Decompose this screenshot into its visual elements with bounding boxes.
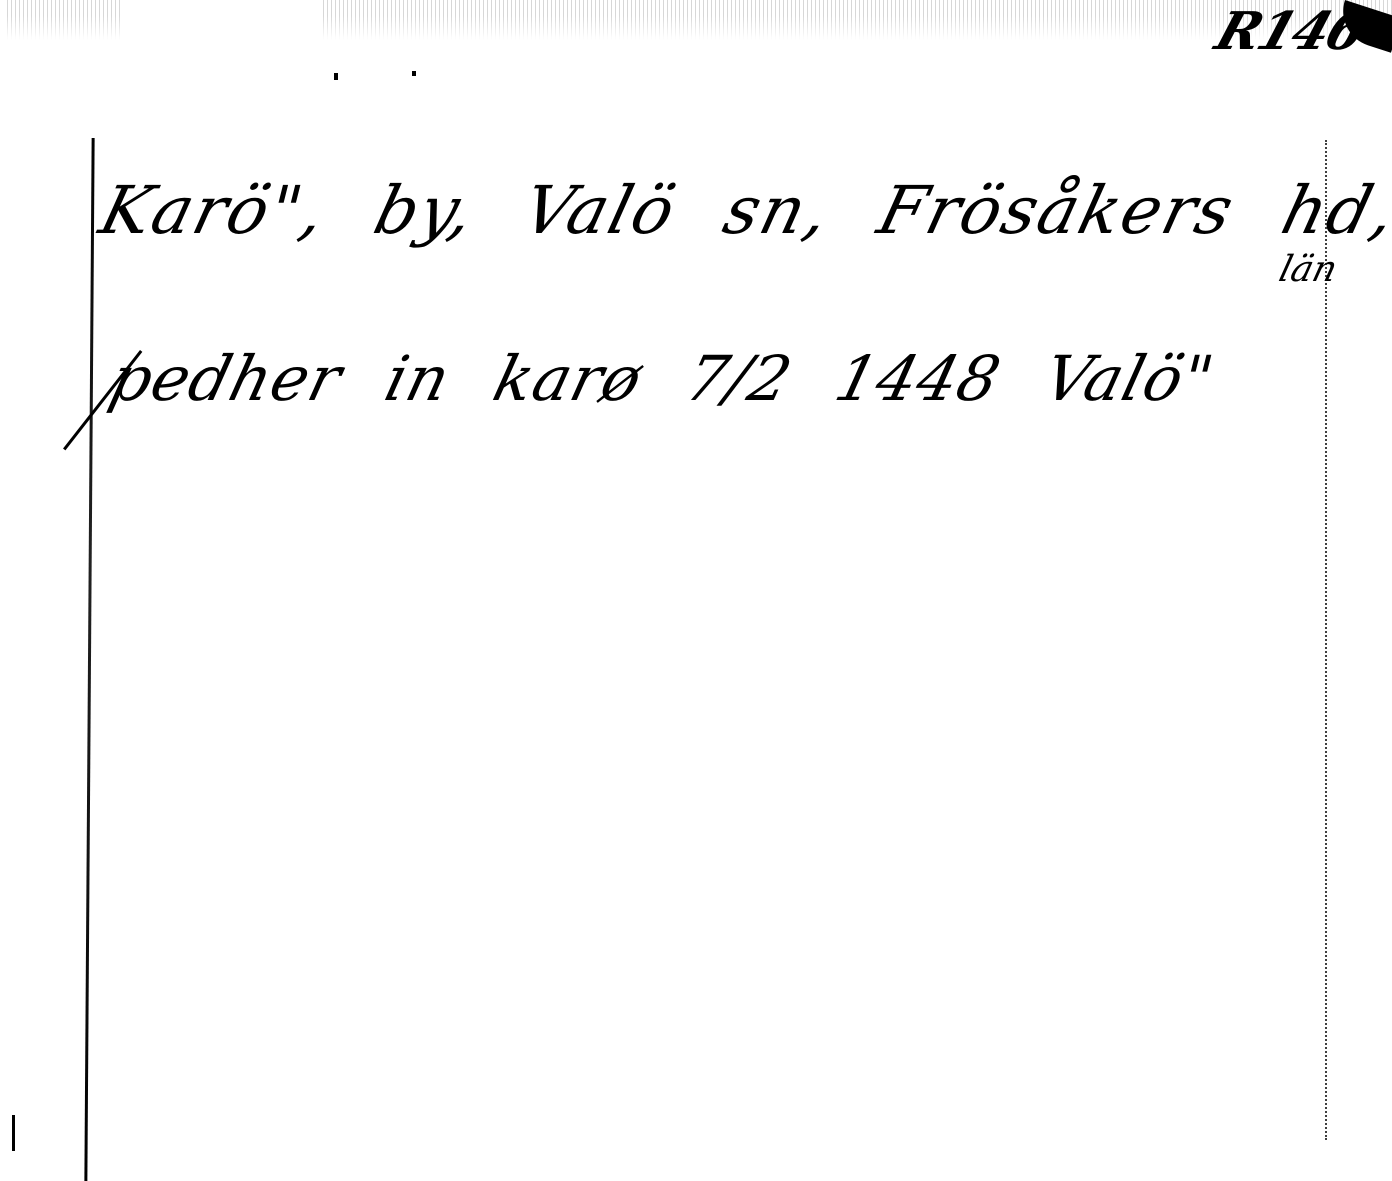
left-margin-rule xyxy=(84,138,94,1181)
right-margin-rule xyxy=(1325,140,1327,1140)
entry-line-source: pedher in karø 7/2 1448 Valö" xyxy=(104,348,1220,410)
entry-line-place-continuation: län xyxy=(1276,252,1341,288)
index-card: R146 Karö", by, Valö sn, Frösåkers hd, S… xyxy=(0,0,1392,1181)
scan-noise-top xyxy=(0,0,1392,40)
entry-line-place: Karö", by, Valö sn, Frösåkers hd, Sthlm xyxy=(94,178,1392,244)
edge-mark xyxy=(12,1115,15,1151)
ink-speck xyxy=(334,73,338,80)
card-number: R146 xyxy=(1210,6,1371,58)
ink-speck xyxy=(412,71,416,76)
